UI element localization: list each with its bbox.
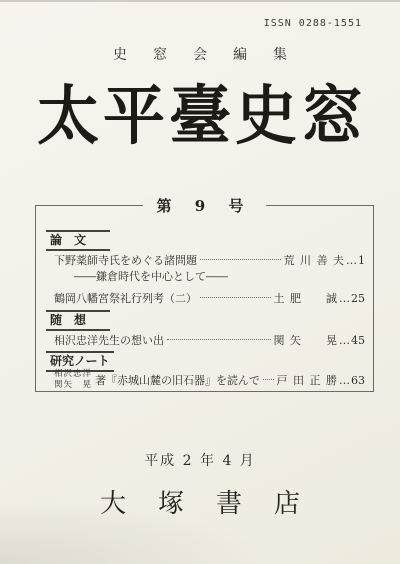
toc-row-article-1: 下野薬師寺氏をめぐる諸問題 荒 川 善 夫 1: [54, 252, 365, 268]
article-author: 戸 田 正 勝: [277, 372, 339, 388]
stacked-author-1: 相沢忠洋: [54, 369, 92, 380]
article-author: 土 肥 誠: [274, 290, 339, 306]
journal-title: 太平臺史窓: [0, 64, 400, 157]
dot-leader: [167, 338, 271, 340]
article-page-number: 45: [338, 334, 365, 347]
article-page-number: 1: [345, 254, 365, 267]
article-author: 関 矢 晃: [274, 332, 339, 348]
article-title: 相沢忠洋先生の想い出: [54, 332, 164, 348]
editor-line: 史窓会編集: [0, 44, 400, 64]
publisher-name: 大塚書店: [0, 483, 400, 520]
table-of-contents-box: 第 9 号 論 文 下野薬師寺氏をめぐる諸問題 荒 川 善 夫 1 ――鎌倉時代…: [35, 205, 374, 392]
toc-row-article-3: 相沢忠洋先生の想い出 関 矢 晃 45: [54, 332, 365, 348]
dot-leader: [200, 258, 281, 260]
article-page-number: 25: [338, 292, 365, 305]
section-label-essays: 随 想: [46, 310, 110, 331]
toc-row-article-2: 鶴岡八幡宮祭礼行列考（二） 土 肥 誠 25: [54, 290, 365, 306]
article-title: 下野薬師寺氏をめぐる諸問題: [54, 252, 197, 268]
article-author: 荒 川 善 夫: [284, 252, 346, 268]
dot-leader: [200, 296, 271, 298]
section-label-papers: 論 文: [46, 230, 110, 251]
publication-date: 平成 2 年 4 月: [0, 450, 400, 470]
issn-number: ISSN 0288-1551: [264, 18, 362, 29]
stacked-author-2: 関矢 晃: [54, 380, 92, 391]
issue-number-badge: 第 9 号: [143, 195, 267, 216]
dot-leader: [263, 378, 273, 380]
article-title: 著『赤城山麓の旧石器』を読んで: [95, 372, 260, 388]
article-title: 鶴岡八幡宮祭礼行列考（二）: [54, 290, 197, 306]
journal-cover-page: ISSN 0288-1551 史窓会編集 太平臺史窓 第 9 号 論 文 下野薬…: [0, 0, 400, 564]
toc-row-article-4: 相沢忠洋 関矢 晃 著『赤城山麓の旧石器』を読んで 戸 田 正 勝 63: [54, 369, 365, 391]
article-subtitle: ――鎌倉時代を中心として――: [74, 268, 228, 284]
article-page-number: 63: [338, 374, 365, 387]
stacked-book-authors: 相沢忠洋 関矢 晃: [54, 369, 92, 391]
